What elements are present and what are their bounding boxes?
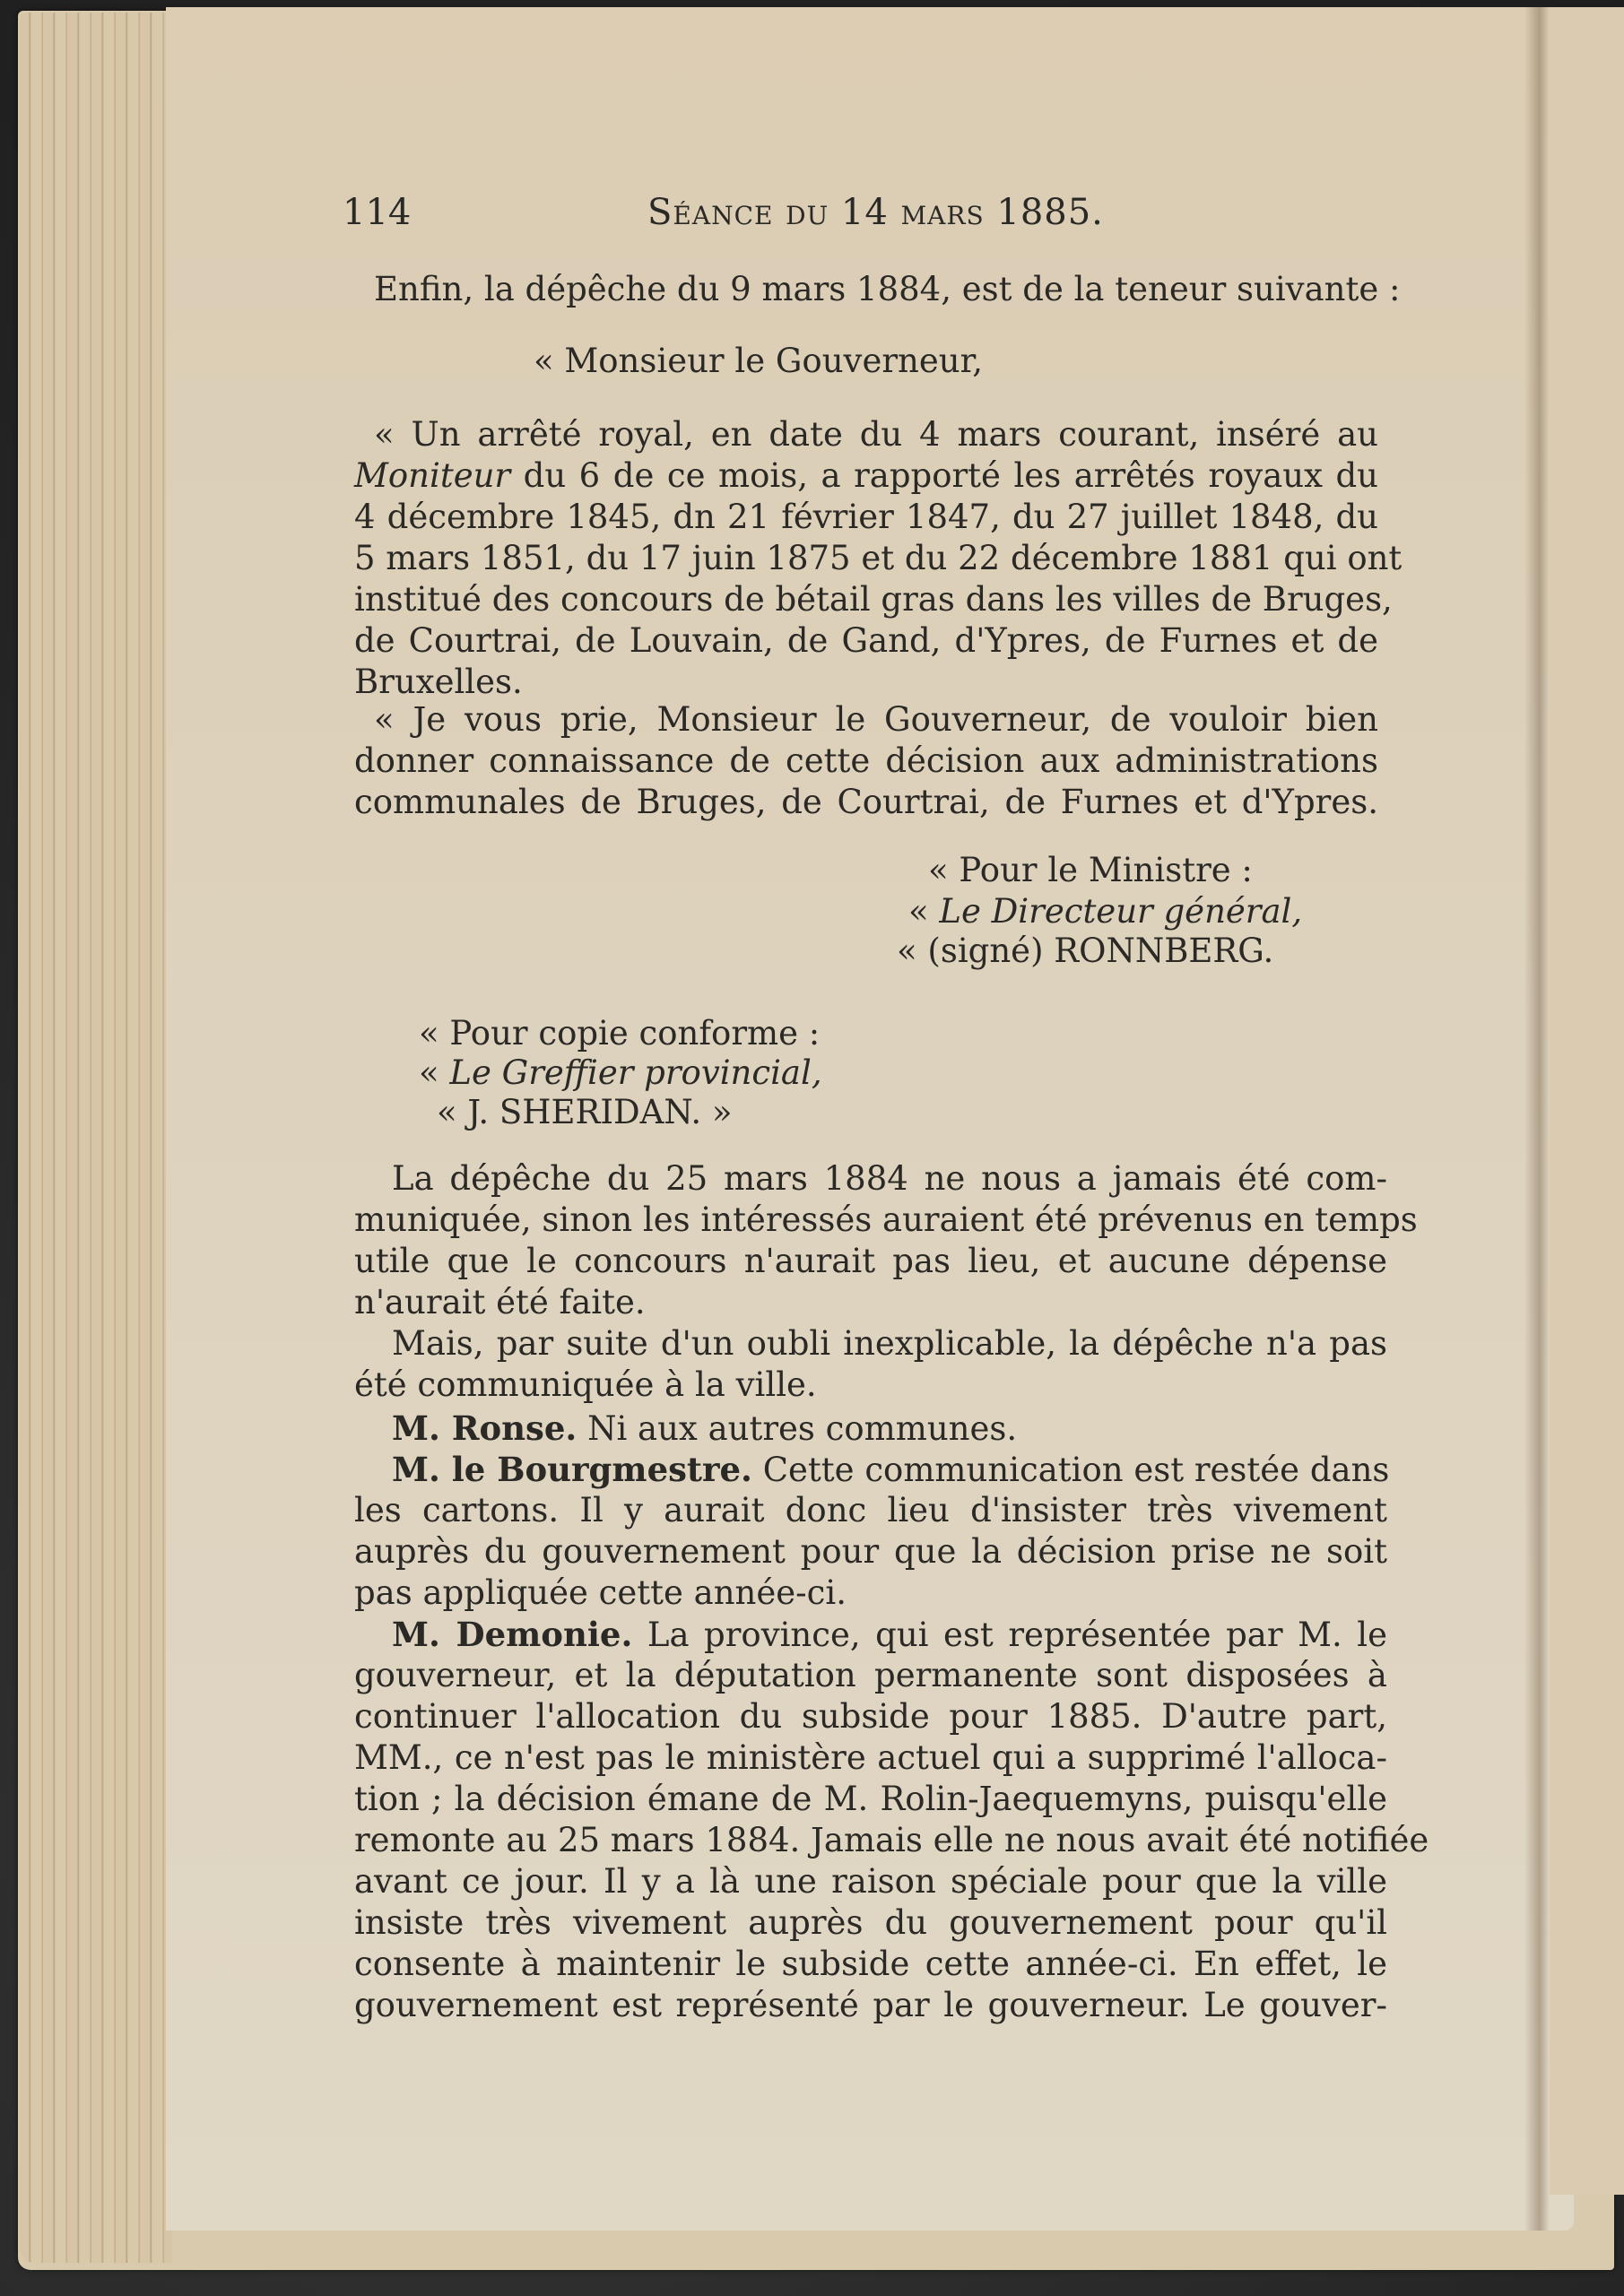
copy-conforme: « Pour copie conforme : [419, 1013, 820, 1054]
demonie-line: gouvernement est représenté par le gouve… [354, 1985, 1387, 2026]
letter-p2-line: communales de Bruges, de Courtrai, de Fu… [354, 782, 1378, 823]
letter-p1-line: 5 mars 1851, du 17 juin 1875 et du 22 dé… [354, 538, 1378, 579]
bourgmestre-line: M. le Bourgmestre. Cette communication e… [392, 1449, 1387, 1491]
intro-line: Enfin, la dépêche du 9 mars 1884, est de… [374, 269, 1369, 310]
demonie-line: remonte au 25 mars 1884. Jamais elle ne … [354, 1820, 1387, 1861]
body-p2-line: Mais, par suite d'un oubli inexplicable,… [392, 1323, 1387, 1365]
demonie-text: La province, qui est représentée par M. … [647, 1616, 1387, 1654]
page-number: 114 [343, 192, 411, 233]
demonie-line: gouverneur, et la députation permanente … [354, 1655, 1387, 1696]
letter-p2-line: donner connaissance de cette décision au… [354, 741, 1378, 782]
letter-p1-text: du 6 de ce mois, a rapporté les arrêtés … [524, 456, 1378, 495]
greffier-name: « J. SHERIDAN. » [437, 1092, 733, 1133]
bourgmestre-line: pas appliquée cette année-ci. [354, 1573, 847, 1614]
demonie-line: consente à maintenir le subside cette an… [354, 1944, 1387, 1985]
demonie-line: M. Demonie. La province, qui est représe… [392, 1614, 1387, 1656]
quote-mark: « [419, 1053, 449, 1092]
greffier-title: « Le Greffier provincial, [419, 1053, 822, 1094]
demonie-line: continuer l'allocation du subside pour 1… [354, 1696, 1387, 1737]
speaker-ronse: M. Ronse. [392, 1408, 577, 1448]
demonie-line: MM., ce n'est pas le ministère actuel qu… [354, 1737, 1387, 1779]
directeur-general: Le Directeur général, [939, 892, 1302, 931]
letter-p1-line: institué des concours de bétail gras dan… [354, 579, 1378, 620]
body-p1-line: n'aurait été faite. [354, 1282, 646, 1323]
demonie-line: tion ; la décision émane de M. Rolin-Jae… [354, 1779, 1387, 1820]
bourgmestre-text: Cette communication est restée dans [763, 1451, 1390, 1489]
letter-p1-line: Bruxelles. [354, 662, 523, 703]
body-p1-line: muniquée, sinon les intéressés auraient … [354, 1200, 1387, 1241]
greffier-provincial: Le Greffier provincial, [449, 1053, 821, 1092]
signature-name: « (signé) RONNBERG. [897, 931, 1273, 972]
body-p2-line: été communiquée à la ville. [354, 1365, 817, 1406]
letter-p1-line: Moniteur du 6 de ce mois, a rapporté les… [354, 455, 1378, 497]
demonie-line: avant ce jour. Il y a là une raison spéc… [354, 1861, 1387, 1902]
letter-p1-line: de Courtrai, de Louvain, de Gand, d'Ypre… [354, 620, 1378, 662]
quote-mark: « [908, 892, 939, 931]
gutter-shadow [1524, 7, 1550, 2231]
speaker-bourgmestre: M. le Bourgmestre. [392, 1450, 752, 1489]
letter-p2-line: « Je vous prie, Monsieur le Gouverneur, … [374, 699, 1378, 741]
signature-title: « Le Directeur général, [908, 891, 1302, 932]
running-head: Séance du 14 mars 1885. [647, 192, 1104, 233]
bourgmestre-line: les cartons. Il y aurait donc lieu d'ins… [354, 1490, 1387, 1531]
facing-page-edge [1550, 7, 1624, 2195]
ronse-text: Ni aux autres communes. [587, 1409, 1017, 1448]
body-p1-line: La dépêche du 25 mars 1884 ne nous a jam… [392, 1158, 1387, 1200]
speaker-demonie: M. Demonie. [392, 1615, 632, 1654]
letter-p1-line: 4 décembre 1845, dn 21 février 1847, du … [354, 497, 1378, 538]
letter-salutation: « Monsieur le Gouverneur, [534, 341, 983, 382]
demonie-line: insiste très vivement auprès du gouverne… [354, 1902, 1387, 1944]
letter-p1-line: « Un arrêté royal, en date du 4 mars cou… [374, 414, 1378, 455]
ronse-line: M. Ronse. Ni aux autres communes. [392, 1408, 1017, 1450]
page-header: 114 Séance du 14 mars 1885. [343, 192, 1383, 237]
signature-pour-le-ministre: « Pour le Ministre : [928, 850, 1253, 891]
body-p1-line: utile que le concours n'aurait pas lieu,… [354, 1241, 1387, 1282]
bourgmestre-line: auprès du gouvernement pour que la décis… [354, 1531, 1387, 1573]
page-edges [20, 13, 172, 2263]
moniteur-italic: Moniteur [354, 456, 510, 495]
